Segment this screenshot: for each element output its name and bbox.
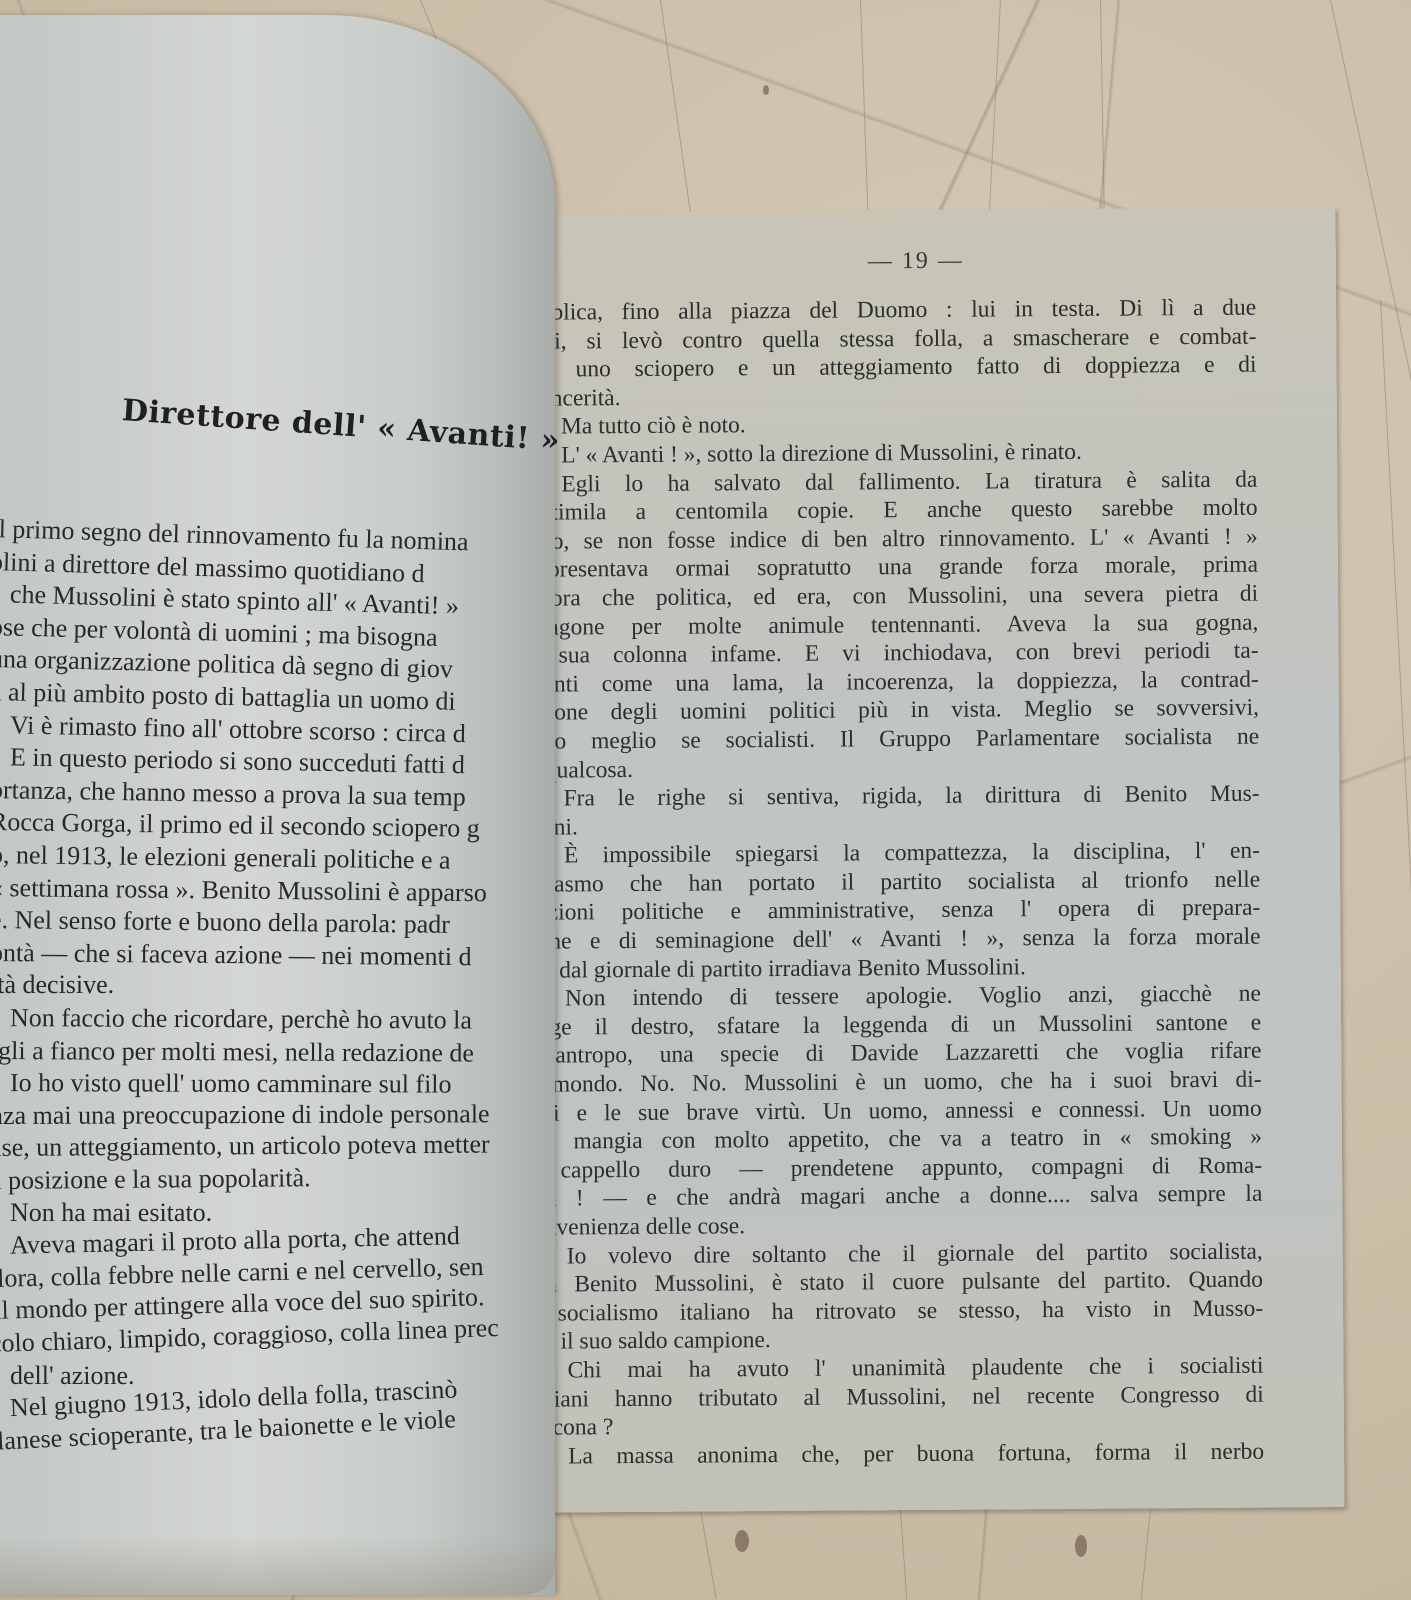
text-line: italiani hanno tributato al Mussolini, n… xyxy=(524,1380,1264,1414)
table-scratch xyxy=(860,0,869,220)
page-number: — 19 — xyxy=(496,245,1336,278)
table-scratch xyxy=(660,0,693,228)
text-line: Non faccio che ricordare, perchè ho avut… xyxy=(0,1002,545,1037)
table-scratch xyxy=(1141,1510,1151,1600)
text-line: nza mai una preoccupazione di indole per… xyxy=(0,1098,545,1133)
text-line: Fra le righe si sentiva, rigida, la diri… xyxy=(519,780,1259,814)
chapter-title: Direttore dell' « Avanti! » xyxy=(121,393,561,459)
left-page: Direttore dell' « Avanti! » Il primo seg… xyxy=(0,15,555,1595)
table-scratch xyxy=(1380,300,1411,1498)
table-scratch xyxy=(1330,0,1411,587)
text-line: ità decisive. xyxy=(0,969,545,1002)
text-line: ontà — che si faceva azione — nei moment… xyxy=(0,937,545,974)
left-page-body: Il primo segno del rinnovamento fu la no… xyxy=(0,513,545,1458)
table-stain xyxy=(763,85,769,95)
text-line: ancora che politica, ed era, con Mussoli… xyxy=(518,580,1258,614)
text-line: Chi mai ha avuto l' unanimità plaudente … xyxy=(523,1352,1263,1386)
text-line: gna ! — e che andrà magari anche a donne… xyxy=(522,1180,1262,1214)
text-line: zione e di seminagione dell' « Avanti ! … xyxy=(520,923,1260,957)
text-line: tere uno sciopero e un atteggiamento fat… xyxy=(516,351,1256,385)
text-line: tanto meglio se socialisti. Il Gruppo Pa… xyxy=(519,723,1259,757)
table-stain xyxy=(735,1530,749,1552)
table-scratch xyxy=(900,1510,907,1600)
table-scratch xyxy=(988,0,1001,220)
table-scratch xyxy=(700,1510,717,1599)
table-scratch xyxy=(1100,0,1105,220)
text-line: il socialismo italiano ha ritrovato se s… xyxy=(523,1294,1263,1328)
text-line: La massa anonima che, per buona fortuna,… xyxy=(524,1437,1264,1471)
table-stain xyxy=(1075,1535,1087,1557)
right-page-body: pubblica, fino alla piazza del Duomo : l… xyxy=(516,294,1264,1471)
right-page: — 19 — pubblica, fino alla piazza del Du… xyxy=(495,207,1344,1513)
text-line: ase, un atteggiamento, un articolo potev… xyxy=(0,1128,545,1164)
text-line: il mondo. No. No. Mussolini è un uomo, c… xyxy=(521,1066,1261,1100)
text-line: e. Nel senso forte e buono della parola:… xyxy=(0,904,545,942)
text-line: Io ho visto quell' uomo camminare sul fi… xyxy=(0,1067,545,1102)
text-line: rgli a fianco per molti mesi, nella reda… xyxy=(0,1035,545,1070)
text-line: pubblica, fino alla piazza del Duomo : l… xyxy=(516,294,1256,328)
text-line: a posizione e la sua popolarità. xyxy=(0,1160,545,1197)
